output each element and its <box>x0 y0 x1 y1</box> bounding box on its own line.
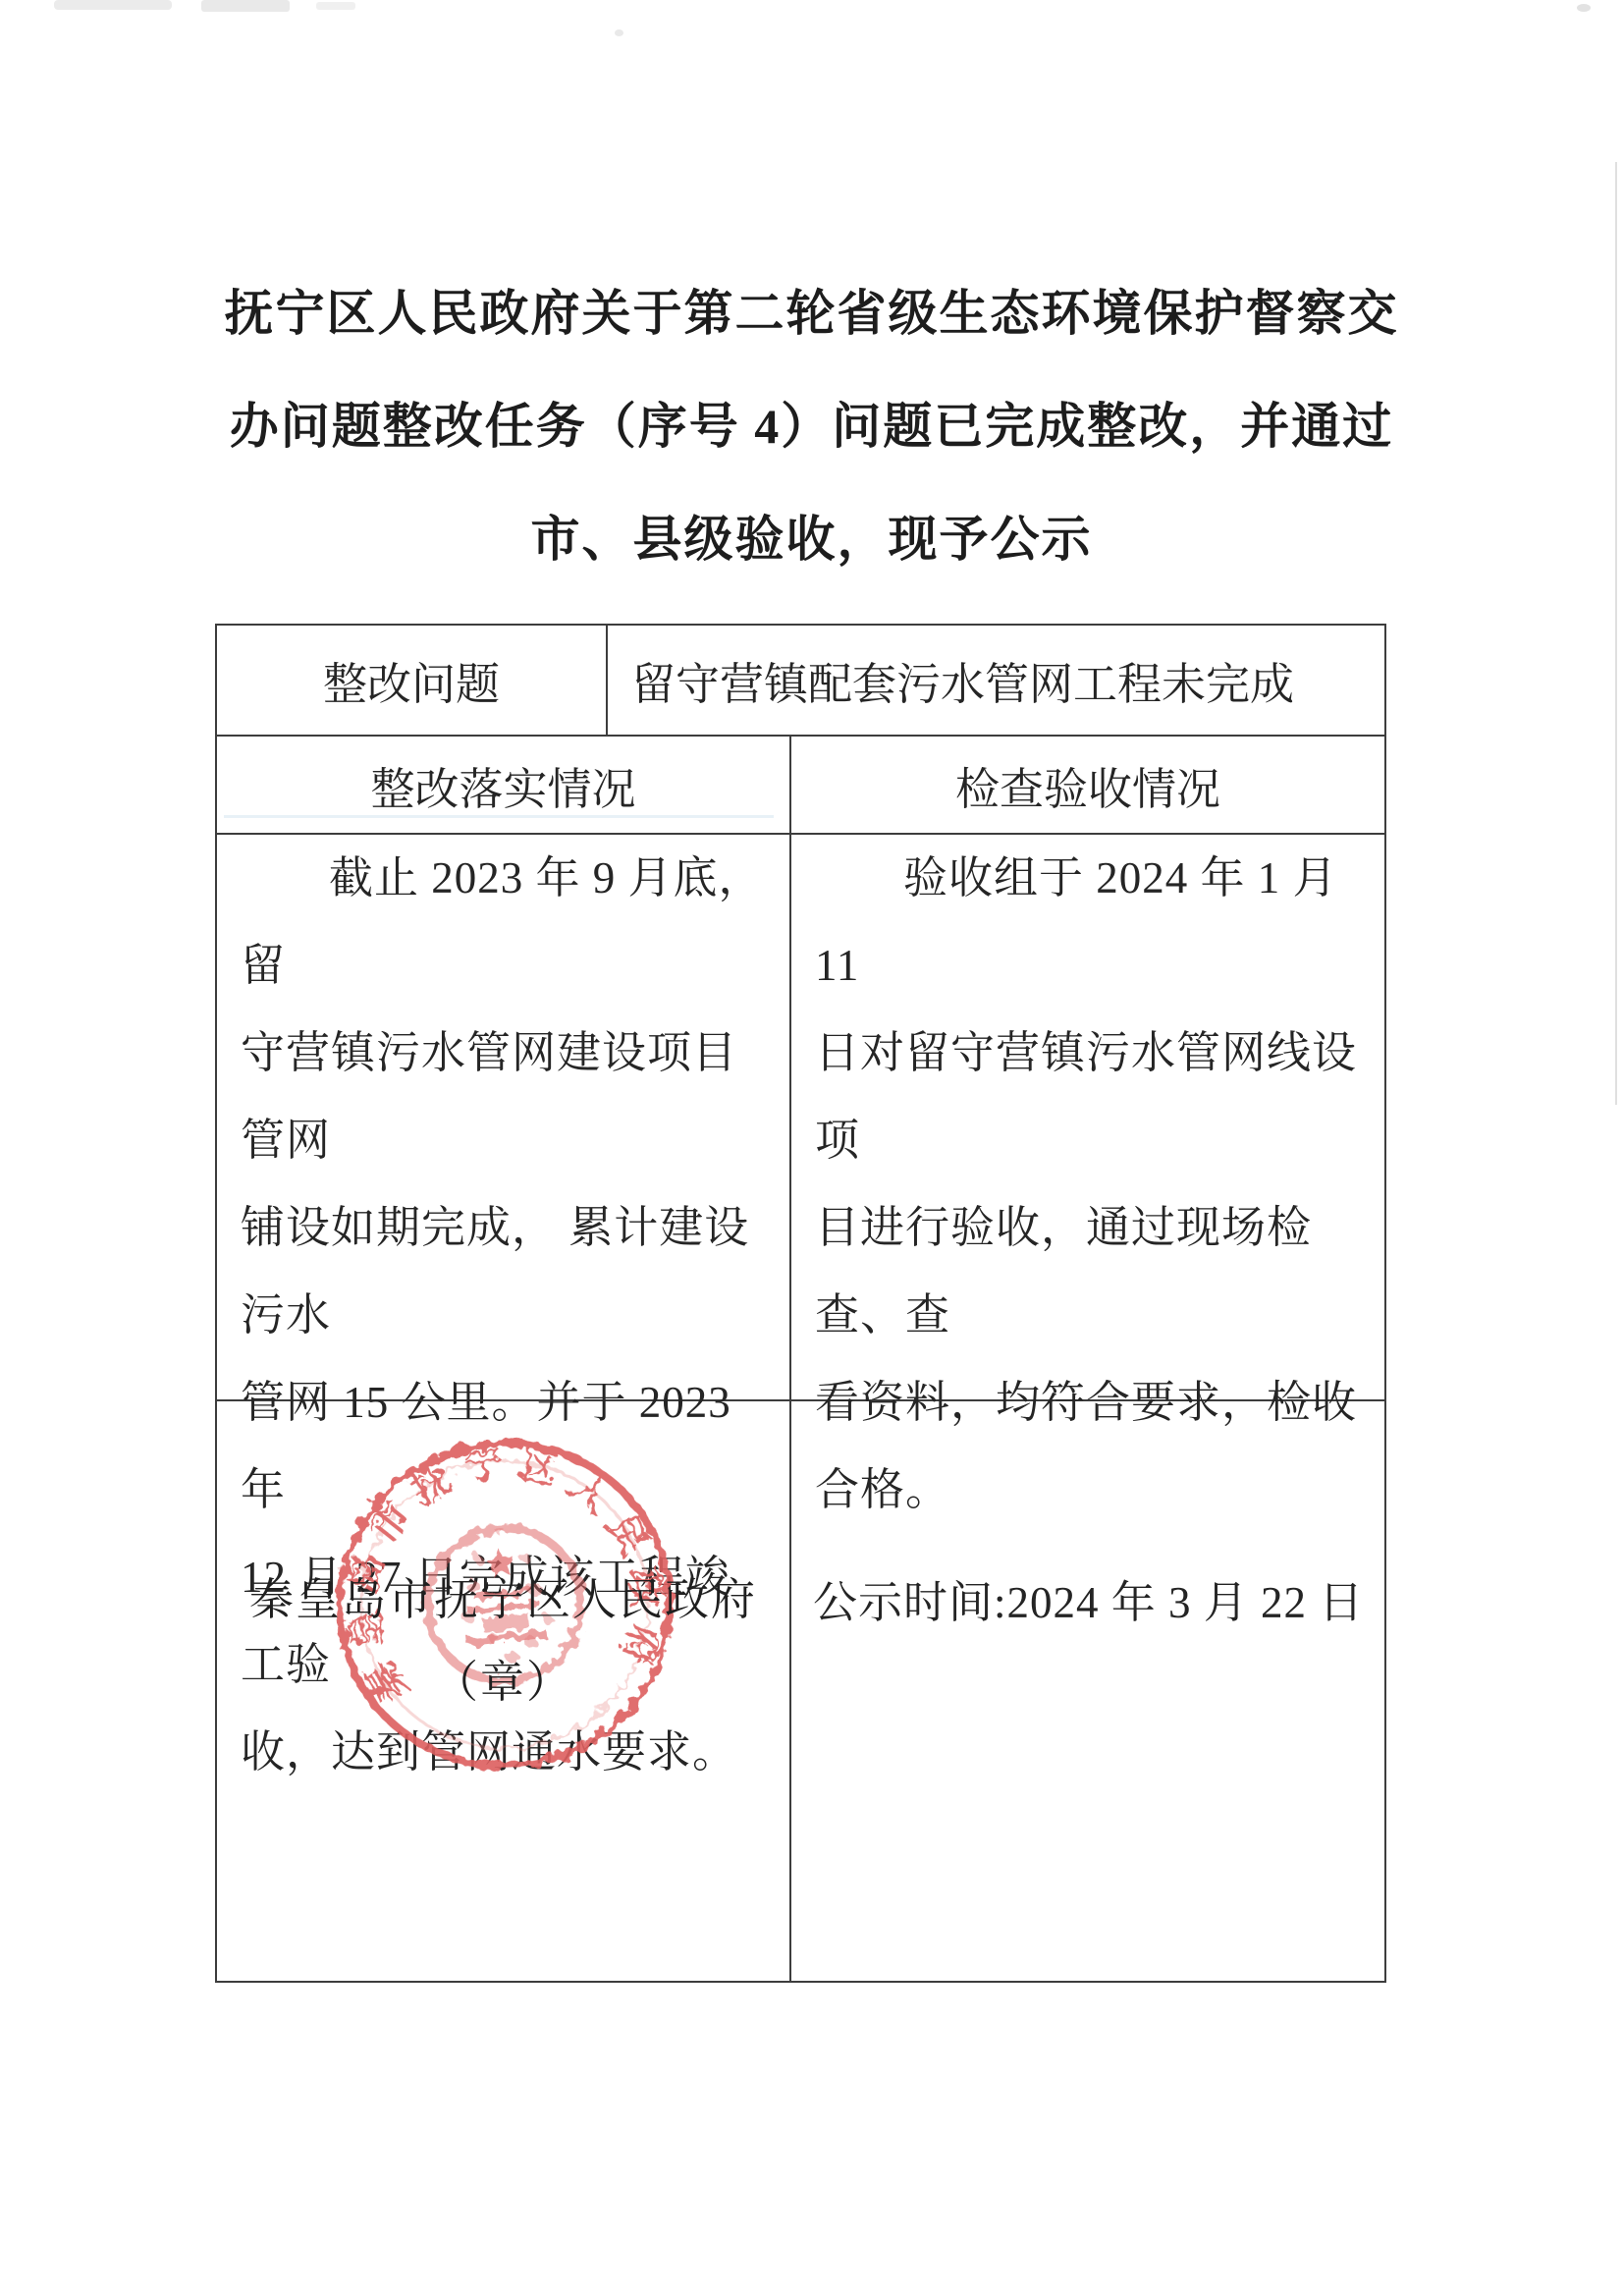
table-row-problem: 整改问题 留守营镇配套污水管网工程未完成 <box>217 626 1384 737</box>
scan-artifact-dot <box>1577 4 1591 12</box>
table-row-headers: 整改落实情况 检查验收情况 <box>217 737 1384 835</box>
scan-artifact-smudge <box>201 0 290 12</box>
cell-header-rectification: 整改落实情况 <box>217 737 791 833</box>
cell-header-inspection: 检查验收情况 <box>791 737 1384 833</box>
table-row-status: 截止 2023 年 9 月底，留 守营镇污水管网建设项目管网 铺设如期完成， 累… <box>217 835 1384 1401</box>
cell-problem-value: 留守营镇配套污水管网工程未完成 <box>608 626 1384 735</box>
government-name-text: 秦皇岛市抚宁区人民政府 （章） <box>217 1558 789 1723</box>
cell-publish-date: 公示时间:2024 年 3 月 22 日 <box>791 1401 1384 1981</box>
rectification-table: 整改问题 留守营镇配套污水管网工程未完成 整改落实情况 检查验收情况 截止 20… <box>215 624 1386 1983</box>
scan-artifact-smudge <box>54 0 172 10</box>
seal-suffix-line: （章） <box>217 1641 789 1723</box>
table-row-seal-date: 秦皇岛市抚宁区人民政府 <box>217 1401 1384 1981</box>
cell-government-seal: 秦皇岛市抚宁区人民政府 <box>217 1401 791 1981</box>
title-line-2: 办问题整改任务（序号 4）问题已完成整改，并通过 <box>0 370 1623 483</box>
scanned-document-page: 抚宁区人民政府关于第二轮省级生态环境保护督察交 办问题整改任务（序号 4）问题已… <box>0 0 1623 2296</box>
government-name-line: 秦皇岛市抚宁区人民政府 <box>217 1558 789 1641</box>
document-title: 抚宁区人民政府关于第二轮省级生态环境保护督察交 办问题整改任务（序号 4）问题已… <box>0 257 1623 596</box>
scan-artifact-dot <box>615 29 623 36</box>
cell-problem-label: 整改问题 <box>217 626 608 735</box>
title-line-1: 抚宁区人民政府关于第二轮省级生态环境保护督察交 <box>0 257 1623 370</box>
scan-artifact-smudge <box>316 2 355 10</box>
title-line-3: 市、县级验收，现予公示 <box>0 483 1623 596</box>
publish-date-text: 公示时间:2024 年 3 月 22 日 <box>813 1561 1364 1644</box>
